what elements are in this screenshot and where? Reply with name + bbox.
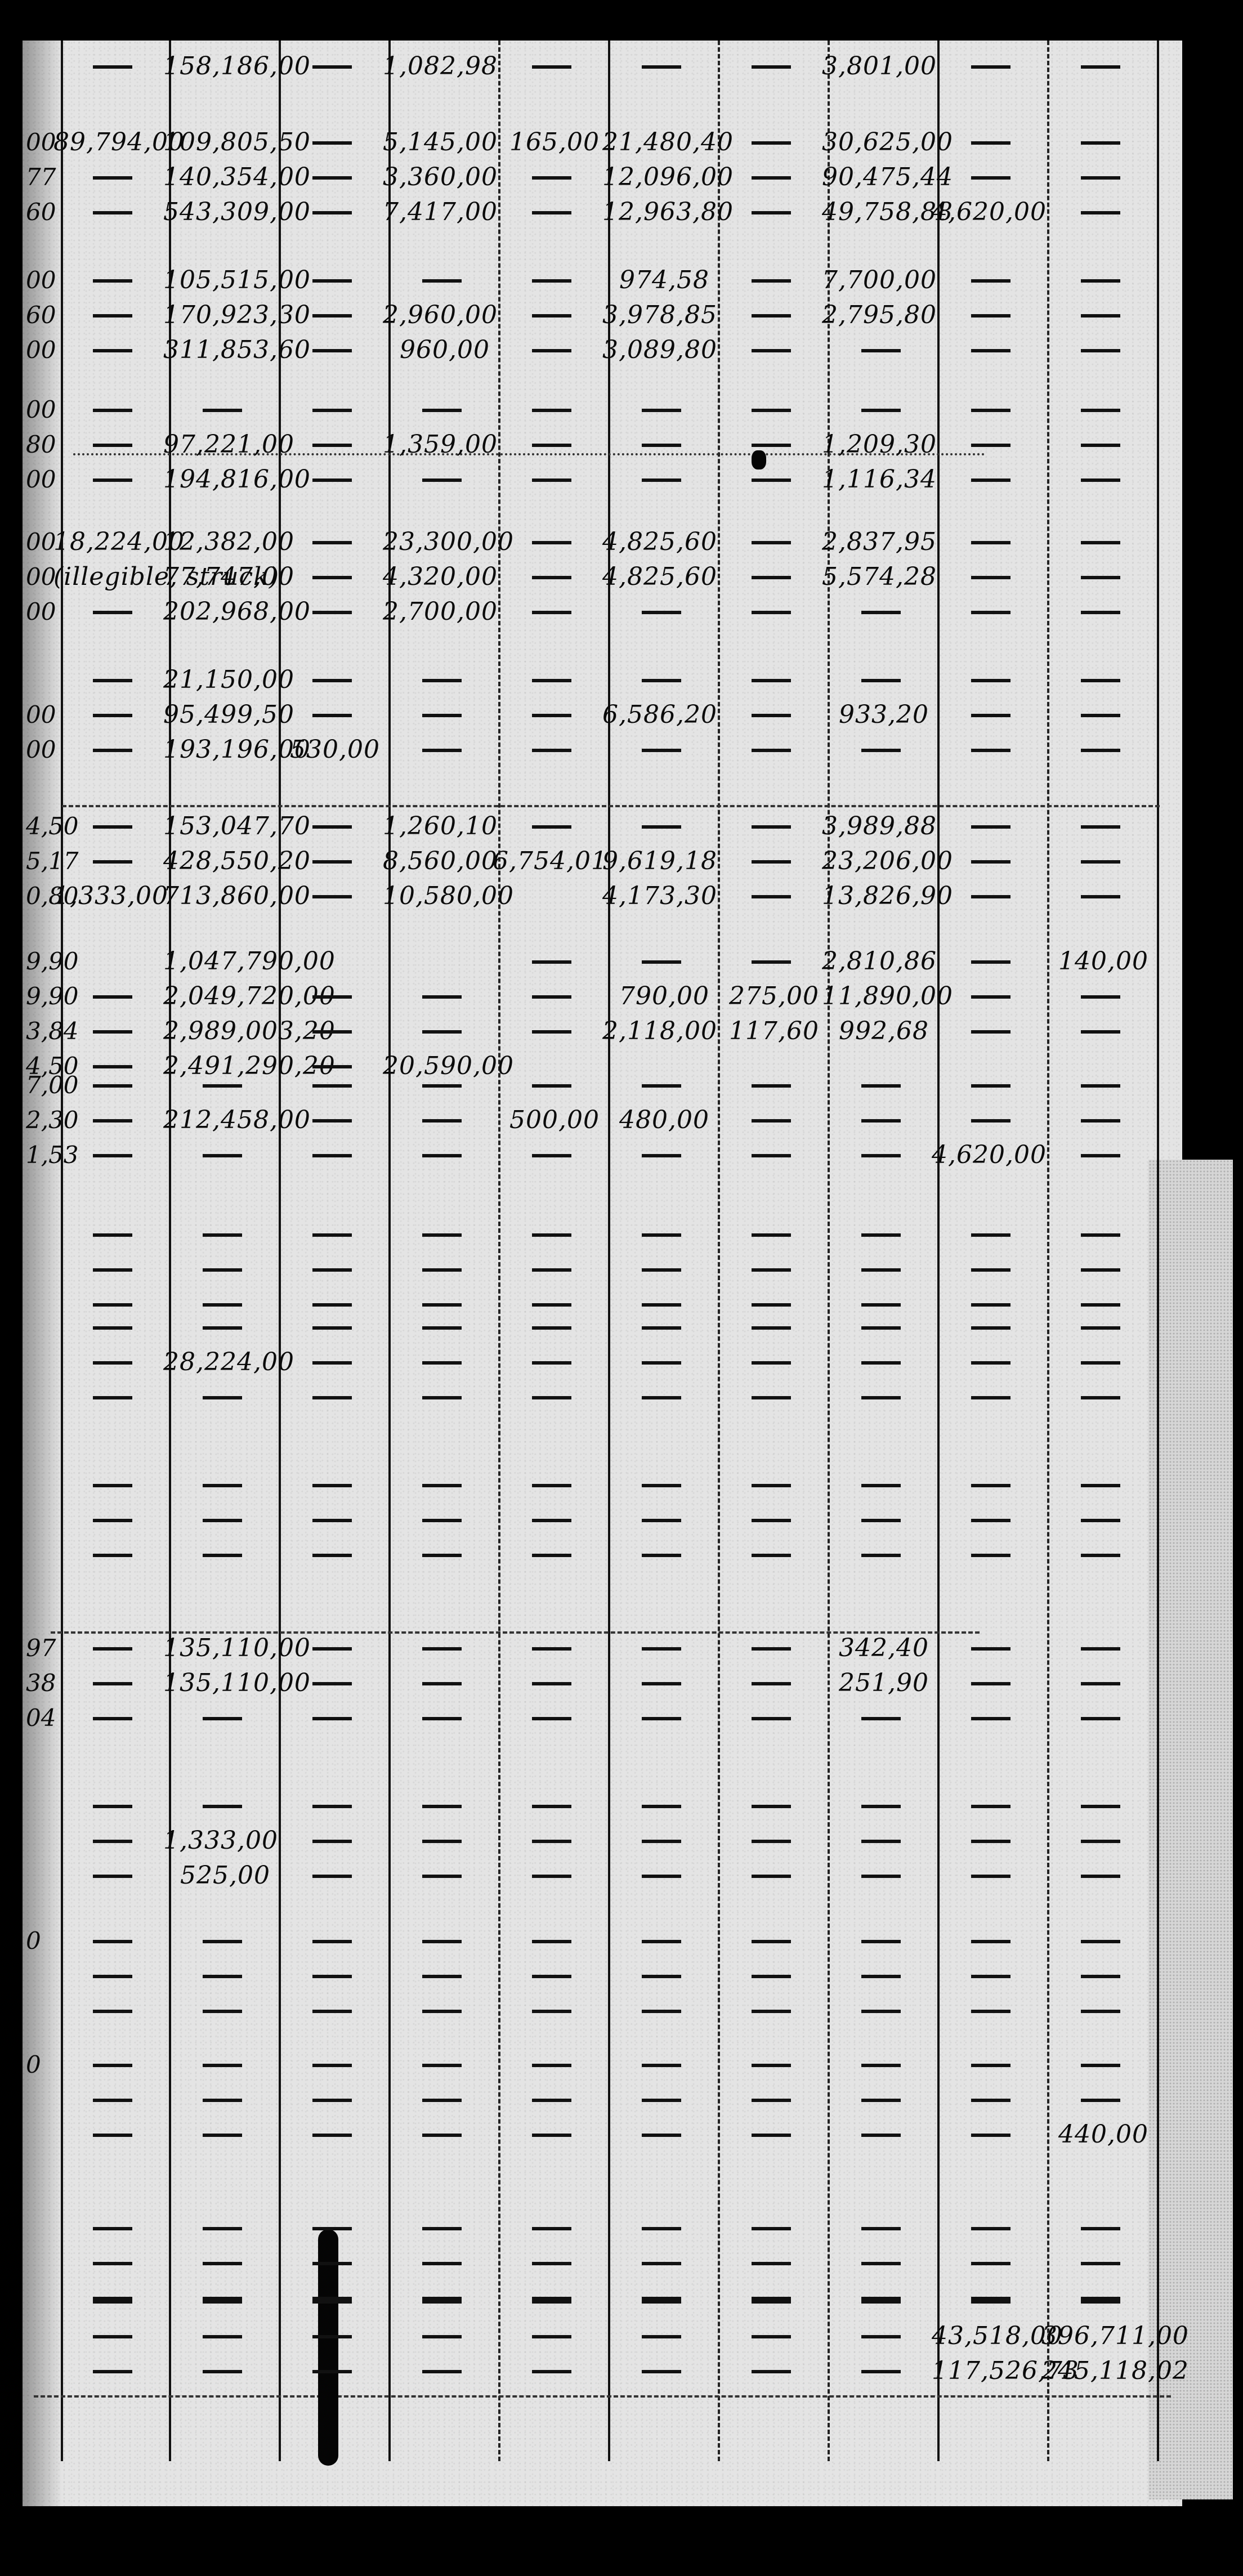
nil-dash-mark xyxy=(752,2010,791,2013)
nil-dash-mark xyxy=(532,1361,571,1365)
nil-dash-mark xyxy=(532,1233,571,1237)
nil-dash-mark xyxy=(203,2010,242,2013)
nil-dash-mark xyxy=(422,749,462,752)
nil-dash-mark xyxy=(642,1840,681,1843)
nil-dash-mark xyxy=(1081,1940,1120,1943)
ledger-amount: 974,58 xyxy=(602,265,709,296)
cut-off-amount-fragment: 97 xyxy=(26,1633,71,1664)
nil-dash-mark xyxy=(971,1975,1011,1978)
cut-off-amount-fragment: 4,50 xyxy=(26,811,71,842)
nil-dash-mark xyxy=(861,1233,901,1237)
ledger-amount: 21,150,00 xyxy=(163,664,270,696)
nil-dash-mark xyxy=(1081,1484,1120,1487)
ledger-amount: 49,758,88 xyxy=(822,196,929,228)
nil-dash-mark xyxy=(642,1805,681,1808)
nil-dash-mark xyxy=(1081,2064,1120,2067)
nil-dash-mark xyxy=(532,1268,571,1272)
nil-dash-mark xyxy=(93,478,132,482)
nil-dash-mark xyxy=(312,1875,352,1878)
nil-dash-mark xyxy=(422,1361,462,1365)
nil-dash-mark xyxy=(312,679,352,682)
cut-off-amount-fragment: 00 xyxy=(26,526,71,558)
nil-dash-mark xyxy=(312,1065,352,1068)
nil-dash-mark xyxy=(642,1682,681,1685)
nil-dash-mark xyxy=(971,1717,1011,1720)
cut-off-amount-fragment: 00 xyxy=(26,596,71,628)
nil-dash-mark xyxy=(312,1682,352,1685)
nil-dash-mark xyxy=(1081,409,1120,412)
nil-dash-mark xyxy=(312,1484,352,1487)
nil-dash-mark xyxy=(312,444,352,447)
nil-dash-mark xyxy=(642,478,681,482)
nil-dash-mark xyxy=(642,65,681,69)
nil-dash-mark xyxy=(532,2227,571,2230)
nil-dash-mark xyxy=(642,1484,681,1487)
nil-dash-mark xyxy=(642,2064,681,2067)
nil-dash-mark xyxy=(971,1268,1011,1272)
nil-dash-mark xyxy=(93,1554,132,1557)
nil-dash-mark xyxy=(422,2370,462,2373)
ledger-amount: 212,458,00 xyxy=(163,1104,270,1136)
torn-paper-flap xyxy=(1148,1160,1233,2499)
nil-dash-mark xyxy=(93,611,132,614)
nil-dash-mark xyxy=(203,2370,242,2373)
nil-dash-mark xyxy=(422,1030,462,1034)
column-rule xyxy=(498,41,500,2461)
nil-dash-mark xyxy=(532,2262,571,2265)
ledger-amount: 13,826,90 xyxy=(822,880,929,912)
nil-dash-mark xyxy=(752,1484,791,1487)
nil-dash-mark xyxy=(752,444,791,447)
nil-dash-mark xyxy=(422,1875,462,1878)
nil-dash-mark xyxy=(971,960,1011,964)
ledger-amount: 440,00 xyxy=(1041,2119,1148,2150)
nil-dash-mark xyxy=(422,2064,462,2067)
ledger-amount: 2,989,003,20 xyxy=(163,1016,270,1047)
nil-dash-mark xyxy=(93,1647,132,1651)
nil-dash-mark xyxy=(532,211,571,214)
nil-dash-mark xyxy=(532,409,571,412)
column-rule xyxy=(937,41,940,2461)
nil-dash-mark xyxy=(861,349,901,352)
ledger-amount: 713,860,00 xyxy=(163,880,270,912)
nil-dash-mark xyxy=(312,860,352,864)
nil-dash-mark xyxy=(312,1554,352,1557)
nil-dash-mark xyxy=(93,2064,132,2067)
nil-dash-mark xyxy=(312,2010,352,2013)
ledger-amount: 2,118,00 xyxy=(602,1016,709,1047)
nil-dash-mark xyxy=(861,1396,901,1399)
nil-dash-mark xyxy=(861,1154,901,1157)
nil-dash-mark xyxy=(203,1975,242,1978)
nil-dash-mark xyxy=(312,2227,352,2230)
nil-dash-mark xyxy=(312,2335,352,2338)
nil-dash-mark xyxy=(642,2099,681,2102)
nil-dash-mark xyxy=(532,2064,571,2067)
nil-dash-mark xyxy=(203,2300,242,2304)
nil-dash-mark xyxy=(971,349,1011,352)
nil-dash-mark xyxy=(422,1975,462,1978)
ledger-amount: 7,417,00 xyxy=(383,196,490,228)
nil-dash-mark xyxy=(93,825,132,829)
ledger-amount: 251,90 xyxy=(822,1667,929,1699)
ledger-amount: 30,625,00 xyxy=(822,127,929,158)
nil-dash-mark xyxy=(93,1326,132,1330)
ledger-amount: 12,382,00 xyxy=(163,526,270,558)
nil-dash-mark xyxy=(861,611,901,614)
ledger-amount: 109,805,50 xyxy=(163,127,270,158)
ledger-amount: 933,20 xyxy=(822,699,929,731)
nil-dash-mark xyxy=(1081,1119,1120,1122)
nil-dash-mark xyxy=(203,1154,242,1157)
ledger-amount: 2,837,95 xyxy=(822,526,929,558)
nil-dash-mark xyxy=(1081,314,1120,317)
nil-dash-mark xyxy=(642,1554,681,1557)
nil-dash-mark xyxy=(971,444,1011,447)
nil-dash-mark xyxy=(971,860,1011,864)
nil-dash-mark xyxy=(312,1396,352,1399)
nil-dash-mark xyxy=(532,1326,571,1330)
nil-dash-mark xyxy=(642,444,681,447)
ledger-amount: 790,00 xyxy=(602,981,709,1012)
ledger-amount: 525,00 xyxy=(163,1860,270,1891)
nil-dash-mark xyxy=(532,1682,571,1685)
nil-dash-mark xyxy=(1081,541,1120,544)
ledger-amount: 23,300,00 xyxy=(383,526,490,558)
nil-dash-mark xyxy=(422,1940,462,1943)
nil-dash-mark xyxy=(422,1119,462,1122)
nil-dash-mark xyxy=(93,2134,132,2137)
nil-dash-mark xyxy=(422,1268,462,1272)
nil-dash-mark xyxy=(93,1084,132,1088)
nil-dash-mark xyxy=(752,478,791,482)
ledger-amount: 193,196,00 xyxy=(163,734,270,766)
nil-dash-mark xyxy=(532,2335,571,2338)
nil-dash-mark xyxy=(532,1647,571,1651)
nil-dash-mark xyxy=(532,1154,571,1157)
nil-dash-mark xyxy=(861,2227,901,2230)
column-rule xyxy=(1157,41,1159,2461)
nil-dash-mark xyxy=(312,2300,352,2304)
nil-dash-mark xyxy=(312,478,352,482)
nil-dash-mark xyxy=(752,176,791,180)
nil-dash-mark xyxy=(752,1717,791,1720)
nil-dash-mark xyxy=(422,2335,462,2338)
cut-off-amount-fragment: 00 xyxy=(26,699,71,731)
nil-dash-mark xyxy=(752,211,791,214)
nil-dash-mark xyxy=(532,2370,571,2373)
nil-dash-mark xyxy=(861,1940,901,1943)
nil-dash-mark xyxy=(861,1554,901,1557)
nil-dash-mark xyxy=(861,2300,901,2304)
nil-dash-mark xyxy=(93,679,132,682)
nil-dash-mark xyxy=(422,1084,462,1088)
cut-off-amount-fragment: 00 xyxy=(26,561,71,593)
nil-dash-mark xyxy=(203,2134,242,2137)
nil-dash-mark xyxy=(752,611,791,614)
nil-dash-mark xyxy=(312,541,352,544)
nil-dash-mark xyxy=(1081,1682,1120,1685)
nil-dash-mark xyxy=(93,1154,132,1157)
nil-dash-mark xyxy=(971,65,1011,69)
nil-dash-mark xyxy=(532,1805,571,1808)
ledger-amount: 543,309,00 xyxy=(163,196,270,228)
nil-dash-mark xyxy=(312,176,352,180)
cut-off-amount-fragment: 00 xyxy=(26,265,71,296)
nil-dash-mark xyxy=(971,749,1011,752)
nil-dash-mark xyxy=(532,2300,571,2304)
nil-dash-mark xyxy=(971,2227,1011,2230)
nil-dash-mark xyxy=(312,825,352,829)
nil-dash-mark xyxy=(752,1233,791,1237)
nil-dash-mark xyxy=(971,714,1011,717)
cut-off-amount-fragment: 04 xyxy=(26,1702,71,1734)
ledger-amount: 10,580,00 xyxy=(383,880,490,912)
nil-dash-mark xyxy=(532,1030,571,1034)
nil-dash-mark xyxy=(642,1268,681,1272)
nil-dash-mark xyxy=(971,2300,1011,2304)
ledger-amount: 396,711,00 xyxy=(1041,2320,1148,2352)
nil-dash-mark xyxy=(532,1519,571,1522)
nil-dash-mark xyxy=(203,409,242,412)
nil-dash-mark xyxy=(752,2064,791,2067)
nil-dash-mark xyxy=(532,1554,571,1557)
column-rule xyxy=(828,41,830,2461)
nil-dash-mark xyxy=(1081,1154,1120,1157)
nil-dash-mark xyxy=(532,279,571,283)
nil-dash-mark xyxy=(752,2262,791,2265)
nil-dash-mark xyxy=(971,541,1011,544)
nil-dash-mark xyxy=(1081,679,1120,682)
ledger-amount: 140,00 xyxy=(1041,946,1148,977)
nil-dash-mark xyxy=(971,1326,1011,1330)
ledger-amount: 77,747,00 xyxy=(163,561,270,593)
ledger-amount: 1,116,34 xyxy=(822,464,929,495)
nil-dash-mark xyxy=(93,2099,132,2102)
nil-dash-mark xyxy=(422,995,462,999)
nil-dash-mark xyxy=(752,960,791,964)
nil-dash-mark xyxy=(312,1805,352,1808)
nil-dash-mark xyxy=(422,1326,462,1330)
ledger-amount: 1,260,10 xyxy=(383,811,490,842)
nil-dash-mark xyxy=(971,1361,1011,1365)
ledger-amount: 21,480,40 xyxy=(602,127,709,158)
nil-dash-mark xyxy=(752,2300,791,2304)
nil-dash-mark xyxy=(312,2370,352,2373)
nil-dash-mark xyxy=(752,576,791,579)
cut-off-amount-fragment: 0 xyxy=(26,1925,71,1957)
ledger-amount: 158,186,00 xyxy=(163,51,270,82)
nil-dash-mark xyxy=(312,576,352,579)
nil-dash-mark xyxy=(642,2262,681,2265)
ledger-amount: 5,574,28 xyxy=(822,561,929,593)
nil-dash-mark xyxy=(312,1940,352,1943)
nil-dash-mark xyxy=(971,679,1011,682)
nil-dash-mark xyxy=(861,1519,901,1522)
nil-dash-mark xyxy=(752,279,791,283)
nil-dash-mark xyxy=(642,1326,681,1330)
nil-dash-mark xyxy=(203,1554,242,1557)
cut-off-amount-fragment: 60 xyxy=(26,196,71,228)
nil-dash-mark xyxy=(422,1717,462,1720)
nil-dash-mark xyxy=(93,995,132,999)
nil-dash-mark xyxy=(93,1119,132,1122)
nil-dash-mark xyxy=(971,1647,1011,1651)
ledger-amount: 194,816,00 xyxy=(163,464,270,495)
nil-dash-mark xyxy=(971,1875,1011,1878)
nil-dash-mark xyxy=(93,1233,132,1237)
nil-dash-mark xyxy=(312,141,352,145)
nil-dash-mark xyxy=(93,444,132,447)
nil-dash-mark xyxy=(422,409,462,412)
nil-dash-mark xyxy=(752,1875,791,1878)
nil-dash-mark xyxy=(971,1519,1011,1522)
nil-dash-mark xyxy=(312,1326,352,1330)
ledger-amount: 7,700,00 xyxy=(822,265,929,296)
nil-dash-mark xyxy=(971,576,1011,579)
nil-dash-mark xyxy=(422,2134,462,2137)
nil-dash-mark xyxy=(1081,995,1120,999)
ledger-amount: 960,00 xyxy=(383,334,490,366)
nil-dash-mark xyxy=(642,1303,681,1307)
nil-dash-mark xyxy=(971,1119,1011,1122)
nil-dash-mark xyxy=(971,1805,1011,1808)
nil-dash-mark xyxy=(1081,714,1120,717)
ledger-amount: 1,082,98 xyxy=(383,51,490,82)
nil-dash-mark xyxy=(312,1361,352,1365)
nil-dash-mark xyxy=(861,1303,901,1307)
nil-dash-mark xyxy=(1081,141,1120,145)
nil-dash-mark xyxy=(203,1519,242,1522)
nil-dash-mark xyxy=(532,1975,571,1978)
nil-dash-mark xyxy=(861,1840,901,1843)
nil-dash-mark xyxy=(642,825,681,829)
nil-dash-mark xyxy=(93,211,132,214)
nil-dash-mark xyxy=(642,1233,681,1237)
nil-dash-mark xyxy=(1081,611,1120,614)
ledger-amount: 6,586,20 xyxy=(602,699,709,731)
nil-dash-mark xyxy=(642,1717,681,1720)
nil-dash-mark xyxy=(752,2370,791,2373)
cut-off-amount-fragment: 00 xyxy=(26,394,71,426)
nil-dash-mark xyxy=(532,314,571,317)
nil-dash-mark xyxy=(861,1268,901,1272)
ledger-amount: 95,499,50 xyxy=(163,699,270,731)
ledger-amount: 43,518,00 xyxy=(932,2320,1039,2352)
nil-dash-mark xyxy=(312,1717,352,1720)
ledger-amount: 311,853,60 xyxy=(163,334,270,366)
nil-dash-mark xyxy=(93,65,132,69)
nil-dash-mark xyxy=(642,1519,681,1522)
cut-off-amount-fragment: 00 xyxy=(26,734,71,766)
nil-dash-mark xyxy=(642,2335,681,2338)
nil-dash-mark xyxy=(642,611,681,614)
nil-dash-mark xyxy=(1081,576,1120,579)
nil-dash-mark xyxy=(642,1647,681,1651)
cut-off-amount-fragment: 60 xyxy=(26,299,71,331)
nil-dash-mark xyxy=(971,478,1011,482)
nil-dash-mark xyxy=(752,2227,791,2230)
nil-dash-mark xyxy=(1081,749,1120,752)
ledger-amount: 1,209,30 xyxy=(822,429,929,460)
ledger-amount: 105,515,00 xyxy=(163,265,270,296)
ledger-amount: 992,68 xyxy=(822,1016,929,1047)
nil-dash-mark xyxy=(203,2064,242,2067)
ledger-amount: 117,60 xyxy=(712,1016,819,1047)
nil-dash-mark xyxy=(971,2262,1011,2265)
nil-dash-mark xyxy=(532,2099,571,2102)
nil-dash-mark xyxy=(1081,211,1120,214)
nil-dash-mark xyxy=(1081,860,1120,864)
nil-dash-mark xyxy=(752,314,791,317)
nil-dash-mark xyxy=(971,279,1011,283)
nil-dash-mark xyxy=(422,679,462,682)
nil-dash-mark xyxy=(642,1396,681,1399)
nil-dash-mark xyxy=(971,995,1011,999)
nil-dash-mark xyxy=(422,1682,462,1685)
nil-dash-mark xyxy=(971,2010,1011,2013)
nil-dash-mark xyxy=(971,1030,1011,1034)
nil-dash-mark xyxy=(971,409,1011,412)
cut-off-amount-fragment: 9,90 xyxy=(26,946,71,977)
nil-dash-mark xyxy=(93,714,132,717)
cut-off-amount-fragment: 77 xyxy=(26,162,71,193)
cut-off-amount-fragment: 9,90 xyxy=(26,981,71,1012)
nil-dash-mark xyxy=(312,349,352,352)
nil-dash-mark xyxy=(752,1268,791,1272)
nil-dash-mark xyxy=(642,1361,681,1365)
nil-dash-mark xyxy=(532,2134,571,2137)
nil-dash-mark xyxy=(861,1805,901,1808)
nil-dash-mark xyxy=(861,1119,901,1122)
column-rule xyxy=(608,41,610,2461)
nil-dash-mark xyxy=(93,409,132,412)
nil-dash-mark xyxy=(422,1233,462,1237)
nil-dash-mark xyxy=(422,1519,462,1522)
nil-dash-mark xyxy=(532,65,571,69)
nil-dash-mark xyxy=(752,409,791,412)
nil-dash-mark xyxy=(861,1875,901,1878)
ledger-amount: 4,320,00 xyxy=(383,561,490,593)
nil-dash-mark xyxy=(312,1084,352,1088)
nil-dash-mark xyxy=(861,409,901,412)
nil-dash-mark xyxy=(312,2064,352,2067)
nil-dash-mark xyxy=(203,1268,242,1272)
nil-dash-mark xyxy=(642,749,681,752)
nil-dash-mark xyxy=(93,2227,132,2230)
column-rule xyxy=(279,41,281,2461)
ledger-amount: 5,145,00 xyxy=(383,127,490,158)
section-divider xyxy=(34,2395,1171,2398)
nil-dash-mark xyxy=(93,349,132,352)
nil-dash-mark xyxy=(752,65,791,69)
nil-dash-mark xyxy=(752,1519,791,1522)
nil-dash-mark xyxy=(532,576,571,579)
nil-dash-mark xyxy=(532,995,571,999)
cut-off-amount-fragment: 5,17 xyxy=(26,846,71,877)
nil-dash-mark xyxy=(971,1484,1011,1487)
nil-dash-mark xyxy=(752,1840,791,1843)
nil-dash-mark xyxy=(752,1326,791,1330)
nil-dash-mark xyxy=(532,749,571,752)
nil-dash-mark xyxy=(532,1303,571,1307)
cut-off-amount-fragment: 0 xyxy=(26,2049,71,2081)
nil-dash-mark xyxy=(861,679,901,682)
nil-dash-mark xyxy=(1081,1975,1120,1978)
nil-dash-mark xyxy=(1081,279,1120,283)
ledger-amount: 500,00 xyxy=(493,1104,600,1136)
nil-dash-mark xyxy=(532,1875,571,1878)
